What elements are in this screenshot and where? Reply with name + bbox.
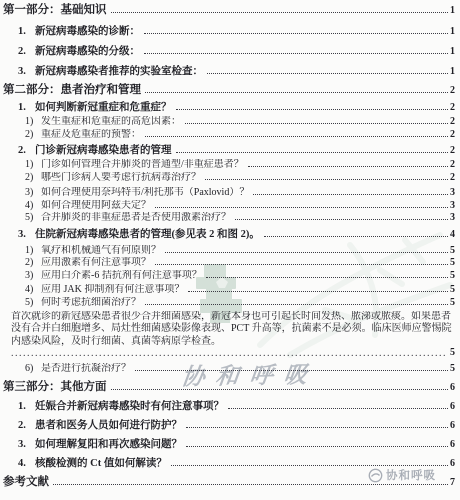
toc-page-number: 1 [450, 25, 455, 39]
toc-number: 1. [18, 400, 35, 414]
toc-number: 5) [25, 212, 41, 225]
toc-page-number: 1 [450, 65, 455, 79]
toc-page-number: 3 [450, 212, 455, 225]
toc-page-number: 5 [450, 257, 455, 270]
toc-text: 是否进行抗凝治疗？ [41, 363, 131, 376]
toc-number: 3. [18, 65, 35, 79]
dot-leader [155, 207, 448, 208]
dot-leader [253, 194, 448, 195]
toc-entry: 3. 新冠病毒感染者推荐的实验室检查： 1 [3, 65, 455, 79]
dot-leader [155, 264, 448, 265]
toc-number: 4) [25, 284, 41, 297]
toc-text: 何时考虑抗细菌治疗？ [41, 297, 141, 310]
dot-leader [205, 179, 448, 180]
toc-text: 第三部分：其他方面 [3, 380, 107, 395]
toc-page-number: 5 [450, 363, 455, 376]
toc-page-number: 5 [446, 347, 455, 359]
toc-part-heading: 第三部分：其他方面 6 [3, 380, 455, 396]
dot-leader [165, 252, 448, 253]
toc-page-number: 1 [450, 4, 455, 19]
dot-leader [145, 304, 448, 305]
dot-leader [248, 166, 448, 167]
dot-leader [145, 136, 448, 137]
toc-number: 3. [18, 228, 35, 242]
toc-entry: 1) 门诊如何管理合并肺炎的普通型/非重症患者？ 2 [3, 159, 455, 172]
toc-entry: 3) 应用白介素-6 拮抗剂有何注意事项？ 5 [3, 270, 455, 283]
toc-entry: 4) 应用 JAK 抑制剂有何注意事项？ 5 [3, 284, 455, 297]
toc-part-heading: 参考文献 7 [3, 475, 455, 491]
toc-entry: 5) 合并肺炎的非重症患者是否使用激素治疗？ 3 [3, 212, 455, 225]
dot-leader [144, 33, 448, 34]
dot-leader [171, 465, 448, 466]
toc-entry: 2) 哪些门诊病人要考虑行抗病毒治疗？ 2 [3, 172, 455, 185]
toc-text: 发生重症和危重症的高危因素： [41, 116, 181, 129]
toc-text: 核酸检测的 Ct 值如何解读？ [35, 457, 167, 471]
toc-part-heading: 第二部分：患者治疗和管理 2 [3, 83, 455, 99]
toc-text: 参考文献 [3, 475, 49, 490]
toc-entry: 1) 氧疗和机械通气有何原则？ 5 [3, 245, 455, 258]
toc-text: 如何合理使用奈玛特韦/利托那韦（Paxlovid）？ [41, 187, 249, 200]
dot-leader [185, 123, 448, 124]
toc-entry: 3) 如何合理使用奈玛特韦/利托那韦（Paxlovid）？ 3 [3, 187, 455, 200]
toc-page-number: 6 [450, 457, 455, 471]
toc-entry: 3. 住院新冠病毒感染患者的管理(参见表 2 和图 2)。 4 [3, 228, 455, 242]
toc-text: 如何判断新冠重症和危重症？ [35, 101, 172, 115]
dot-leader: ........................................… [11, 348, 455, 359]
toc-text: 合并肺炎的非重症患者是否使用激素治疗？ [41, 212, 231, 225]
toc-page-number: 7 [450, 476, 455, 491]
toc-page-number: 6 [450, 400, 455, 414]
dot-leader [144, 53, 448, 54]
toc-text: 第二部分：患者治疗和管理 [3, 83, 141, 98]
dot-leader [207, 73, 448, 74]
toc-number: 1. [18, 25, 35, 39]
dot-leader [206, 277, 448, 278]
toc-entry: 2. 门诊新冠病毒感染患者的管理 2 [3, 144, 455, 158]
dot-leader [228, 408, 448, 409]
toc-text: 患者和医务人员如何进行防护？ [35, 419, 182, 433]
toc-entry: 1) 发生重症和危重症的高危因素： 2 [3, 116, 455, 129]
toc-number: 4. [18, 457, 35, 471]
toc-note-text: 首次就诊的新冠感染患者很少合并细菌感染，新冠本身也可引起长时间发热、脓涕或脓痰。… [11, 311, 452, 347]
toc-page-number: 2 [450, 84, 455, 99]
dot-leader [235, 219, 448, 220]
toc-entry: 2) 应用激素有何注意事项？ 5 [3, 257, 455, 270]
toc-number: 2. [18, 45, 35, 59]
dot-leader [135, 370, 448, 371]
toc-text: 应用 JAK 抑制剂有何注意事项？ [41, 284, 184, 297]
dot-leader [188, 291, 448, 292]
toc-text: 门诊如何管理合并肺炎的普通型/非重症患者？ [41, 159, 244, 172]
toc-page-number: 5 [450, 284, 455, 297]
toc-number: 2) [25, 257, 41, 270]
document-page: 协和呼吸 协和呼吸 第一部分：基础知识 1 1. 新冠病毒感染的诊断： 1 2.… [0, 0, 460, 500]
toc-number: 1) [25, 159, 41, 172]
toc-text: 哪些门诊病人要考虑行抗病毒治疗？ [41, 172, 201, 185]
toc-number: 6) [25, 363, 41, 376]
toc-text: 应用白介素-6 拮抗剂有何注意事项？ [41, 270, 202, 283]
toc-text: 如何理解复阳和再次感染问题？ [35, 438, 182, 452]
toc-entry: 1. 如何判断新冠重症和危重症？ 2 [3, 101, 455, 115]
toc-page-number: 4 [450, 228, 455, 242]
toc-text: 门诊新冠病毒感染患者的管理 [35, 144, 172, 158]
toc-text: 第一部分：基础知识 [3, 3, 107, 18]
toc-page-number: 6 [450, 438, 455, 452]
toc-number: 2) [25, 129, 41, 142]
toc-page-number: 2 [450, 129, 455, 142]
dot-leader [176, 152, 449, 153]
toc-page-number: 2 [450, 159, 455, 172]
toc-entry: 1. 新冠病毒感染的诊断： 1 [3, 25, 455, 39]
toc-text: 如何合理使用阿兹夫定？ [41, 200, 151, 213]
toc-text: 新冠病毒感染者推荐的实验室检查： [35, 65, 203, 79]
toc-page-number: 2 [450, 144, 455, 158]
toc-page-number: 5 [450, 270, 455, 283]
toc-page-number: 6 [450, 419, 455, 433]
toc-number: 2. [18, 419, 35, 433]
toc-entry: 4. 核酸检测的 Ct 值如何解读？ 6 [3, 457, 455, 471]
toc-page-number: 2 [450, 101, 455, 115]
toc-entry: 1. 妊娠合并新冠病毒感染时有何注意事项？ 6 [3, 400, 455, 414]
table-of-contents: 第一部分：基础知识 1 1. 新冠病毒感染的诊断： 1 2. 新冠病毒感染的分级… [0, 0, 460, 491]
toc-number: 1) [25, 116, 41, 129]
dot-leader [264, 236, 448, 237]
toc-page-number: 5 [450, 297, 455, 310]
toc-number: 2. [18, 144, 35, 158]
toc-part-heading: 第一部分：基础知识 1 [3, 3, 455, 19]
toc-number: 5) [25, 297, 41, 310]
toc-text: 应用激素有何注意事项？ [41, 257, 151, 270]
toc-entry: 2. 患者和医务人员如何进行防护？ 6 [3, 419, 455, 433]
toc-number: 1) [25, 245, 41, 258]
toc-text: 妊娠合并新冠病毒感染时有何注意事项？ [35, 400, 224, 414]
toc-page-number: 2 [450, 172, 455, 185]
toc-number: 1. [18, 101, 35, 115]
toc-entry: 5) 何时考虑抗细菌治疗？ 5 [3, 297, 455, 310]
toc-text: 住院新冠病毒感染患者的管理(参见表 2 和图 2)。 [35, 228, 260, 242]
toc-number: 2) [25, 172, 41, 185]
toc-entry: 2) 重症及危重症的预警： 2 [3, 129, 455, 142]
toc-number: 3. [18, 438, 35, 452]
dot-leader [176, 109, 449, 110]
toc-page-number: 3 [450, 187, 455, 200]
toc-page-number: 1 [450, 45, 455, 59]
dot-leader [186, 446, 448, 447]
toc-page-number: 6 [450, 381, 455, 396]
toc-entry: 4) 如何合理使用阿兹夫定？ 3 [3, 200, 455, 213]
toc-text: 氧疗和机械通气有何原则？ [41, 245, 161, 258]
toc-page-number: 5 [450, 245, 455, 258]
toc-page-number: 2 [450, 116, 455, 129]
dot-leader [111, 12, 449, 13]
toc-text: 新冠病毒感染的分级： [35, 45, 140, 59]
toc-number: 4) [25, 200, 41, 213]
dot-leader [111, 389, 449, 390]
toc-text: 重症及危重症的预警： [41, 129, 141, 142]
toc-number: 3) [25, 270, 41, 283]
dot-leader [186, 427, 448, 428]
toc-entry: 2. 新冠病毒感染的分级： 1 [3, 45, 455, 59]
dot-leader [53, 484, 448, 485]
toc-text: 新冠病毒感染的诊断： [35, 25, 140, 39]
toc-page-number: 3 [450, 200, 455, 213]
toc-entry: 6) 是否进行抗凝治疗？ 5 [3, 363, 455, 376]
toc-number: 3) [25, 187, 41, 200]
toc-note-paragraph: 首次就诊的新冠感染患者很少合并细菌感染，新冠本身也可引起长时间发热、脓涕或脓痰。… [3, 311, 455, 360]
dot-leader [145, 92, 448, 93]
toc-entry: 3. 如何理解复阳和再次感染问题？ 6 [3, 438, 455, 452]
